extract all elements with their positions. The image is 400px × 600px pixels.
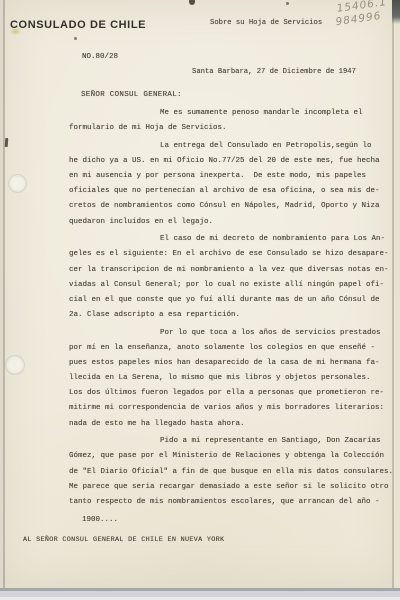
body-line: llecida en La Serena, lo mismo que mis l…: [69, 371, 391, 386]
body-line: cer la transcripcion de mi nombramiento …: [69, 263, 391, 278]
subject-line: Sobre su Hoja de Servicios: [210, 19, 322, 27]
body-line: La entrega del Consulado en Petropolis,s…: [69, 139, 391, 154]
body-line: oficiales que no pertenecían al archivo …: [69, 184, 391, 199]
paper-speck: [74, 37, 77, 40]
body-line: de "El Diario Oficial" a fin de que busq…: [69, 465, 391, 480]
salutation: SEÑOR CONSUL GENERAL:: [81, 91, 182, 99]
scanned-letter: CONSULADO DE CHILE Sobre su Hoja de Serv…: [0, 0, 400, 600]
dateline: Santa Barbara, 27 de Diciembre de 1947: [192, 68, 356, 76]
body-line: 1900....: [69, 513, 391, 528]
page-left-crease: [3, 0, 5, 589]
footer-addressee: AL SEÑOR CONSUL GENERAL DE CHILE EN NUEV…: [23, 536, 224, 544]
page-right-crease: [392, 0, 394, 589]
body-line: nada de esto me ha llegado hasta ahora.: [69, 417, 391, 432]
left-edge-mark: [5, 138, 9, 147]
body-line: viadas al Consul General; por lo cual no…: [69, 278, 391, 293]
body-line: Pido a mi representante en Santiago, Don…: [69, 434, 391, 449]
body-line: 2a. Clase adscripto a esa repartición.: [69, 308, 391, 323]
body-line: cial en el que conste que yo fuí allí du…: [69, 293, 391, 308]
body-line: tanto respecto de mis nombramientos esco…: [69, 495, 391, 510]
document-number: NO.80/28: [82, 53, 118, 61]
body-line: formulario de mi Hoja de Servicios.: [69, 121, 391, 136]
body-line: quedaron incluídos en el legajo.: [69, 215, 391, 230]
body-line: Me es sumamente penoso mandarle incomple…: [69, 106, 391, 121]
body-line: por mí en la enseñanza, anoto solamente …: [69, 341, 391, 356]
top-edge-speck: [286, 2, 289, 5]
body-line: Los dos últimos fueron legados por ella …: [69, 386, 391, 401]
body-line: en mi ausencia y por persona inexperta. …: [69, 169, 391, 184]
body-line: he dicho ya a US. en mi Oficio No.77/25 …: [69, 154, 391, 169]
punch-hole: [8, 174, 27, 193]
page-right-edge-strip: [393, 0, 400, 589]
body-line: Gómez, que pase por el Ministerio de Rel…: [69, 449, 391, 464]
body-line: cretos de nombramientos como Cónsul en N…: [69, 199, 391, 214]
body-line: Me parece que seria recargar demasiado a…: [69, 480, 391, 495]
body-line: mitirme mi correspondencia de varios año…: [69, 401, 391, 416]
body-line: El caso de mi decreto de nombramiento pa…: [69, 232, 391, 247]
punch-hole: [5, 355, 25, 375]
body-line: Por lo que toca a los años de servicios …: [69, 326, 391, 341]
letterhead-consulado-de-chile: CONSULADO DE CHILE: [10, 19, 146, 31]
body-line: geles es el siguiente: En el archivo de …: [69, 247, 391, 262]
body-lines: Me es sumamente penoso mandarle incomple…: [69, 106, 391, 528]
body-line: pues estos papeles míos han desaparecido…: [69, 356, 391, 371]
